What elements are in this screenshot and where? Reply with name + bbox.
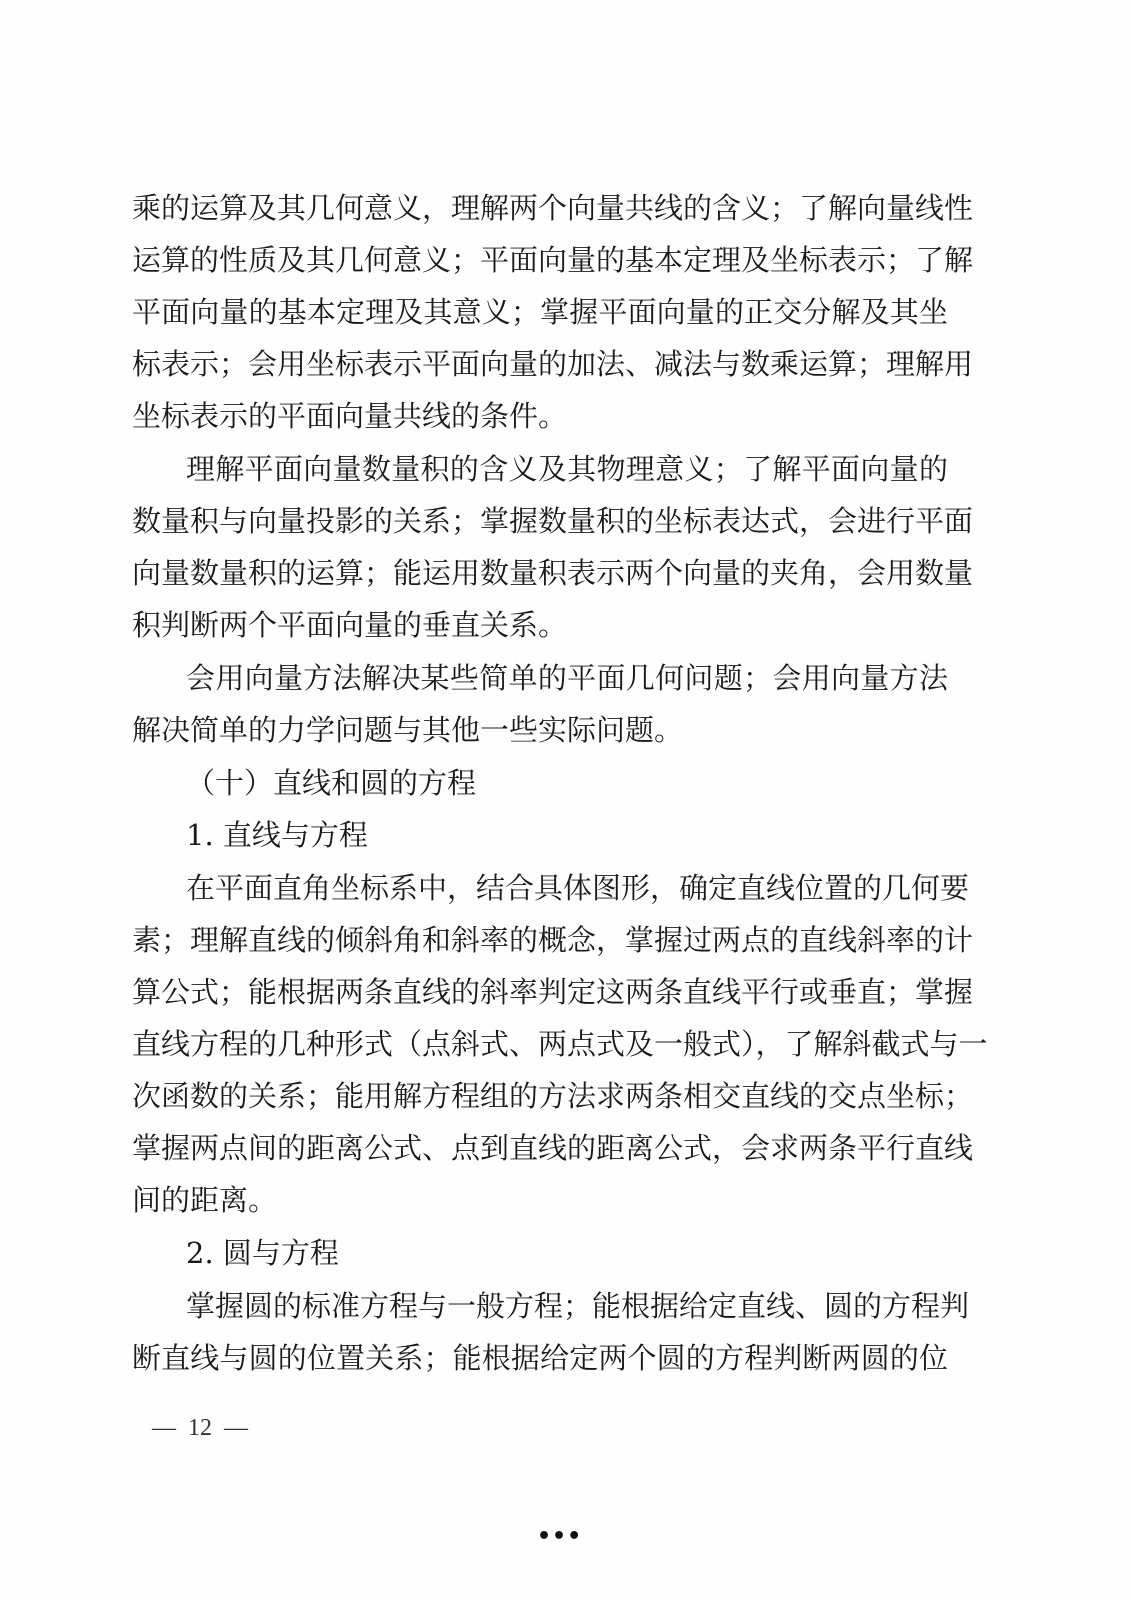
more-options-icon[interactable]: ••• bbox=[537, 1524, 582, 1549]
text-line: 素；理解直线的倾斜角和斜率的概念，掌握过两点的直线斜率的计 bbox=[132, 920, 948, 960]
text-line: （十）直线和圆的方程 bbox=[186, 763, 948, 803]
text-line: 次函数的关系；能用解方程组的方法求两条相交直线的交点坐标； bbox=[132, 1076, 948, 1116]
text-line: 会用向量方法解决某些简单的平面几何问题；会用向量方法 bbox=[186, 658, 948, 698]
text-line: 直线方程的几种形式（点斜式、两点式及一般式），了解斜截式与一 bbox=[132, 1024, 948, 1064]
text-line: 掌握两点间的距离公式、点到直线的距离公式，会求两条平行直线 bbox=[132, 1128, 948, 1168]
text-line: 断直线与圆的位置关系；能根据给定两个圆的方程判断两圆的位 bbox=[132, 1338, 948, 1378]
text-line: 1. 直线与方程 bbox=[186, 815, 948, 855]
text-line: 解决简单的力学问题与其他一些实际问题。 bbox=[132, 710, 948, 750]
text-line: 向量数量积的运算；能运用数量积表示两个向量的夹角，会用数量 bbox=[132, 553, 948, 593]
text-line: 间的距离。 bbox=[132, 1180, 948, 1220]
text-line: 积判断两个平面向量的垂直关系。 bbox=[132, 605, 948, 645]
text-line: 算公式；能根据两条直线的斜率判定这两条直线平行或垂直；掌握 bbox=[132, 972, 948, 1012]
text-line: 标表示；会用坐标表示平面向量的加法、减法与数乘运算；理解用 bbox=[132, 344, 948, 384]
page-number: — 12 — bbox=[152, 1413, 248, 1443]
text-line: 坐标表示的平面向量共线的条件。 bbox=[132, 396, 948, 436]
text-line: 掌握圆的标准方程与一般方程；能根据给定直线、圆的方程判 bbox=[186, 1286, 948, 1326]
text-line: 平面向量的基本定理及其意义；掌握平面向量的正交分解及其坐 bbox=[132, 292, 948, 332]
text-line: 数量积与向量投影的关系；掌握数量积的坐标表达式，会进行平面 bbox=[132, 501, 948, 541]
text-line: 2. 圆与方程 bbox=[186, 1233, 948, 1273]
text-line: 乘的运算及其几何意义，理解两个向量共线的含义；了解向量线性 bbox=[132, 188, 948, 228]
document-page: 乘的运算及其几何意义，理解两个向量共线的含义；了解向量线性运算的性质及其几何意义… bbox=[0, 0, 1131, 1600]
text-line: 理解平面向量数量积的含义及其物理意义；了解平面向量的 bbox=[186, 449, 948, 489]
text-line: 在平面直角坐标系中，结合具体图形，确定直线位置的几何要 bbox=[186, 868, 948, 908]
text-line: 运算的性质及其几何意义；平面向量的基本定理及坐标表示；了解 bbox=[132, 240, 948, 280]
